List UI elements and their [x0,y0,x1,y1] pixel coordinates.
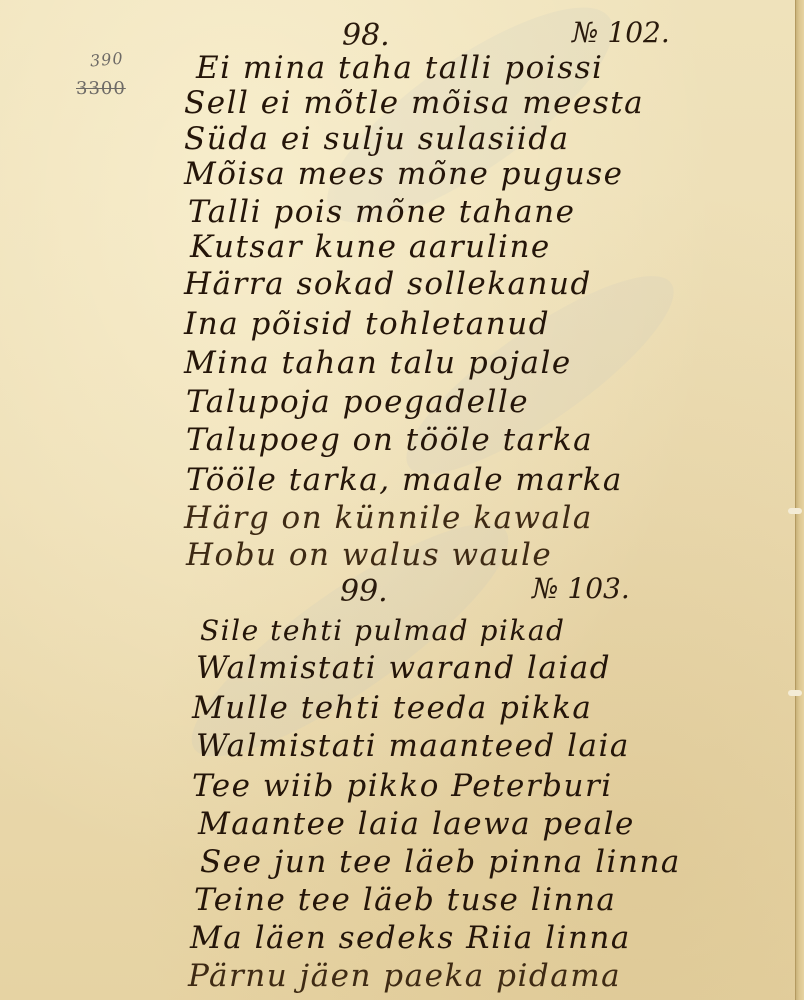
page-notch [788,508,802,514]
verse-line: Ina põisid tohletanud [184,306,550,342]
verse-line: See jun tee läeb pinna linna [200,844,681,880]
archive-number: 390 [89,49,124,71]
verse-line: Mõisa mees mõne puguse [184,156,624,192]
song-number: 98. [342,18,390,53]
verse-line: Teine tee läeb tuse linna [194,882,616,918]
verse-line: Ma läen sedeks Riia linna [190,920,631,956]
song-catalog-number: № 103. [532,572,630,605]
verse-line: Tee wiib pikko Peterburi [192,768,613,804]
verse-line: Maantee laia laewa peale [198,806,635,842]
archive-number-crossed-out: 3300 [76,78,126,99]
verse-line: Ei mina taha talli poissi [196,50,603,86]
verse-line: Süda ei sulju sulasiida [184,121,570,157]
verse-line: Kutsar kune aaruline [190,229,551,265]
manuscript-page: 390 3300 98. № 102. Ei mina taha talli p… [0,0,804,1000]
verse-line: Mulle tehti teeda pikka [192,690,592,726]
verse-line: Tööle tarka, maale marka [186,462,623,498]
page-notch [788,690,802,696]
song-catalog-number: № 102. [572,16,670,49]
verse-line: Sell ei mõtle mõisa meesta [184,85,644,121]
verse-line: Härra sokad sollekanud [184,266,592,302]
verse-line: Hobu on walus waule [186,537,552,573]
verse-line: Pärnu jäen paeka pidama [188,958,621,994]
verse-line: Härg on künnile kawala [184,500,593,536]
song-number: 99. [340,574,388,609]
verse-line: Mina tahan talu pojale [184,345,572,381]
verse-line: Talupoja poegadelle [186,384,529,420]
page-edge [795,0,804,1000]
verse-line: Walmistati warand laiad [196,650,611,686]
verse-line: Walmistati maanteed laia [196,728,630,764]
verse-line: Talli pois mõne tahane [188,194,575,230]
verse-line: Talupoeg on tööle tarka [186,422,593,458]
verse-line: Sile tehti pulmad pikad [200,614,565,647]
